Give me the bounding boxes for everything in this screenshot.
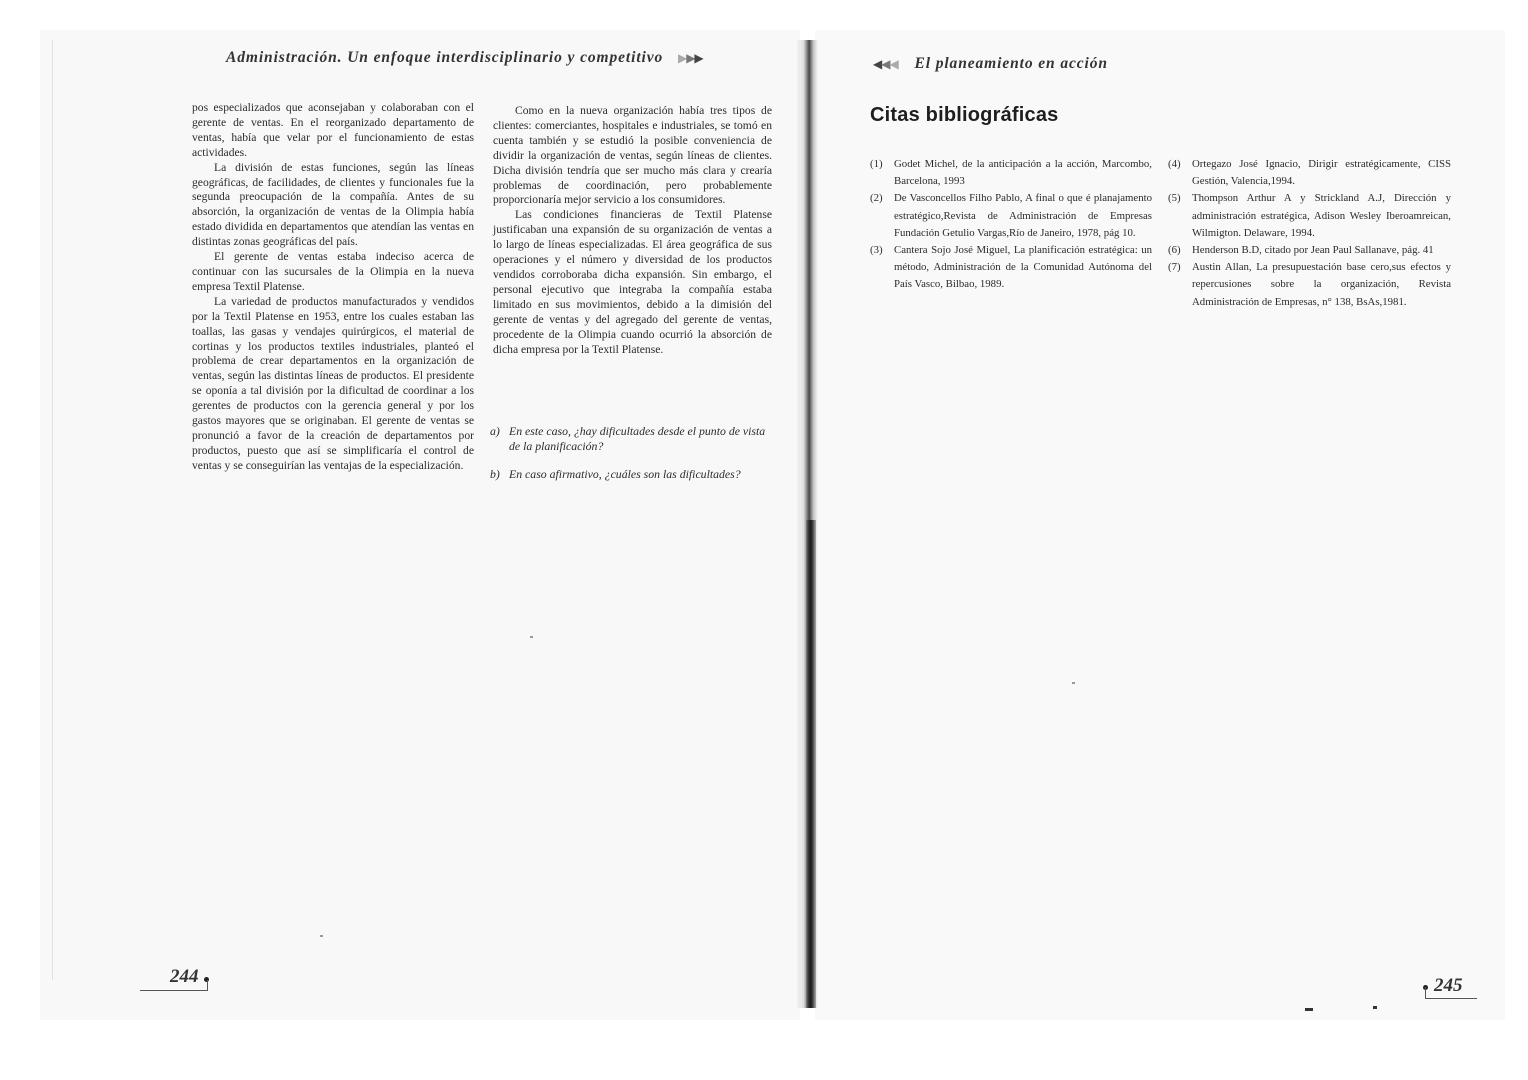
page-number-text: 245: [1434, 975, 1463, 997]
question-item: b) En caso afirmativo, ¿cuáles son las d…: [490, 467, 772, 482]
reference-number: (2): [870, 190, 894, 242]
reference-text: Cantera Sojo José Miguel, La planificaci…: [894, 242, 1152, 294]
scan-speck: [320, 935, 323, 937]
question-text: En este caso, ¿hay dificultades desde el…: [509, 424, 772, 454]
reference-item: (3) Cantera Sojo José Miguel, La planifi…: [870, 242, 1152, 294]
reference-number: (6): [1168, 242, 1192, 259]
paragraph: La división de estas funciones, según la…: [192, 161, 474, 250]
question-item: a) En este caso, ¿hay dificultades desde…: [490, 424, 772, 454]
running-head-left: Administración. Un enfoque interdiscipli…: [226, 49, 786, 67]
reference-number: (1): [870, 156, 894, 190]
reference-item: (6) Henderson B.D, citado por Jean Paul …: [1168, 242, 1451, 259]
paragraph: La variedad de productos manufacturados …: [192, 295, 474, 474]
page-number-right: 245: [1420, 975, 1480, 1003]
folio-rule: [1425, 998, 1477, 999]
question-text: En caso afirmativo, ¿cuáles son las difi…: [509, 467, 772, 482]
references-column-1: (1) Godet Michel, de la anticipación a l…: [870, 156, 1152, 294]
paragraph: Las condiciones financieras de Textil Pl…: [493, 208, 772, 357]
reference-item: (1) Godet Michel, de la anticipación a l…: [870, 156, 1152, 190]
page-edge: [52, 40, 53, 980]
scan-speck: [530, 636, 533, 638]
paragraph: Como en la nueva organización había tres…: [493, 104, 772, 208]
reference-text: De Vasconcellos Filho Pablo, A final o q…: [894, 190, 1152, 242]
page-number-left: 244: [140, 966, 215, 994]
question-letter: a): [490, 424, 509, 454]
running-head-right-text: El planeamiento en acción: [914, 55, 1107, 72]
scan-speck: [1072, 682, 1075, 684]
body-column-2: Como en la nueva organización había tres…: [493, 104, 772, 357]
running-head-right: ◀◀◀ El planeamiento en acción: [873, 55, 1193, 73]
reference-text: Thompson Arthur A y Strickland A.J, Dire…: [1192, 190, 1451, 242]
reference-number: (5): [1168, 190, 1192, 242]
reference-text: Henderson B.D, citado por Jean Paul Sall…: [1192, 242, 1451, 259]
folio-rule: [140, 990, 208, 991]
running-head-left-text: Administración. Un enfoque interdiscipli…: [226, 49, 663, 66]
arrows-right-icon: ▶▶▶: [678, 51, 703, 65]
reference-number: (3): [870, 242, 894, 294]
scan-speck: [1305, 1008, 1313, 1011]
reference-item: (4) Ortegazo José Ignacio, Dirigir estra…: [1168, 156, 1451, 190]
reference-text: Godet Michel, de la anticipación a la ac…: [894, 156, 1152, 190]
scan-speck: [1373, 1006, 1377, 1009]
body-column-1: pos especializados que aconsejaban y col…: [192, 101, 474, 474]
references-column-2: (4) Ortegazo José Ignacio, Dirigir estra…: [1168, 156, 1451, 311]
reference-number: (7): [1168, 259, 1192, 311]
paragraph: pos especializados que aconsejaban y col…: [192, 101, 474, 161]
questions-list: a) En este caso, ¿hay dificultades desde…: [490, 424, 772, 495]
folio-rule-tick: [1425, 987, 1426, 998]
reference-number: (4): [1168, 156, 1192, 190]
arrows-left-icon: ◀◀◀: [873, 57, 898, 71]
reference-text: Austin Allan, La presupuestación base ce…: [1192, 259, 1451, 311]
reference-item: (5) Thompson Arthur A y Strickland A.J, …: [1168, 190, 1451, 242]
book-gutter-dark: [806, 520, 816, 1008]
page-number-text: 244: [170, 966, 199, 988]
question-letter: b): [490, 467, 509, 482]
reference-text: Ortegazo José Ignacio, Dirigir estratégi…: [1192, 156, 1451, 190]
paragraph: El gerente de ventas estaba indeciso ace…: [192, 250, 474, 295]
reference-item: (7) Austin Allan, La presupuestación bas…: [1168, 259, 1451, 311]
reference-item: (2) De Vasconcellos Filho Pablo, A final…: [870, 190, 1152, 242]
book-spread: Administración. Un enfoque interdiscipli…: [0, 0, 1528, 1080]
section-title: Citas bibliográficas: [870, 104, 1059, 127]
